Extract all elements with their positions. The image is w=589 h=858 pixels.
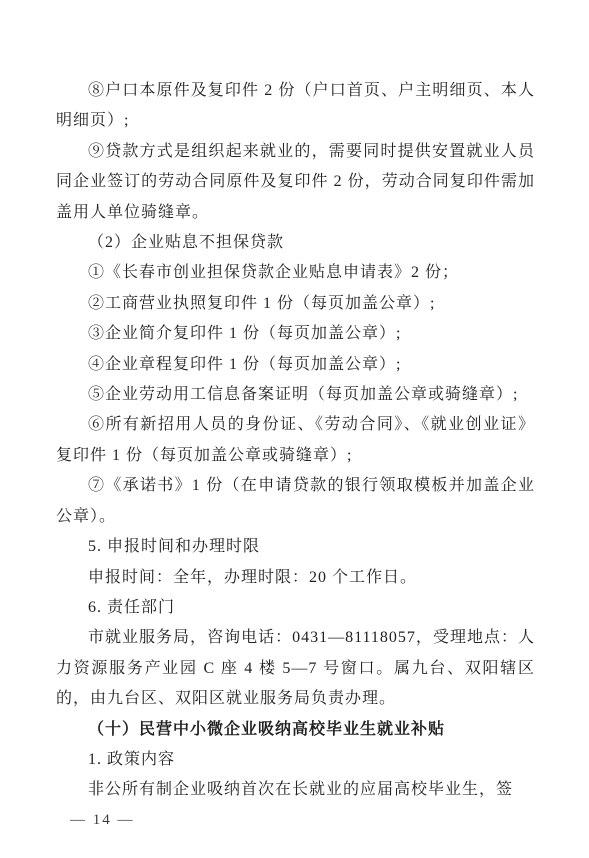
paragraph: ①《长春市创业担保贷款企业贴息申请表》2 份；: [56, 258, 535, 288]
paragraph: 申报时间：全年，办理时限：20 个工作日。: [56, 563, 535, 593]
paragraph: 非公所有制企业吸纳首次在长就业的应届高校毕业生，签: [56, 775, 535, 805]
section-heading: （十）民营中小微企业吸纳高校毕业生就业补贴: [56, 715, 535, 745]
paragraph: 5. 申报时间和办理时限: [56, 532, 535, 562]
paragraph: ⑤企业劳动用工信息备案证明（每页加盖公章或骑缝章）;: [56, 380, 535, 410]
paragraph: ⑨贷款方式是组织起来就业的，需要同时提供安置就业人员同企业签订的劳动合同原件及复…: [56, 137, 535, 228]
paragraph: 1. 政策内容: [56, 745, 535, 775]
paragraph: ③企业简介复印件 1 份（每页加盖公章）;: [56, 319, 535, 349]
paragraph: （2）企业贴息不担保贷款: [56, 228, 535, 258]
paragraph: ⑧户口本原件及复印件 2 份（户口首页、户主明细页、本人明细页）;: [56, 76, 535, 137]
paragraph: 6. 责任部门: [56, 593, 535, 623]
paragraph: ⑦《承诺书》1 份（在申请贷款的银行领取模板并加盖企业公章）。: [56, 471, 535, 532]
page-number: — 14 —: [70, 812, 135, 829]
document-page: ⑧户口本原件及复印件 2 份（户口首页、户主明细页、本人明细页）;⑨贷款方式是组…: [0, 0, 589, 858]
document-body: ⑧户口本原件及复印件 2 份（户口首页、户主明细页、本人明细页）;⑨贷款方式是组…: [56, 76, 535, 806]
paragraph: 市就业服务局，咨询电话：0431—81118057，受理地点：人力资源服务产业园…: [56, 623, 535, 714]
paragraph: ⑥所有新招用人员的身份证、《劳动合同》、《就业创业证》复印件 1 份（每页加盖公…: [56, 410, 535, 471]
paragraph: ④企业章程复印件 1 份（每页加盖公章）;: [56, 350, 535, 380]
paragraph: ②工商营业执照复印件 1 份（每页加盖公章）;: [56, 289, 535, 319]
